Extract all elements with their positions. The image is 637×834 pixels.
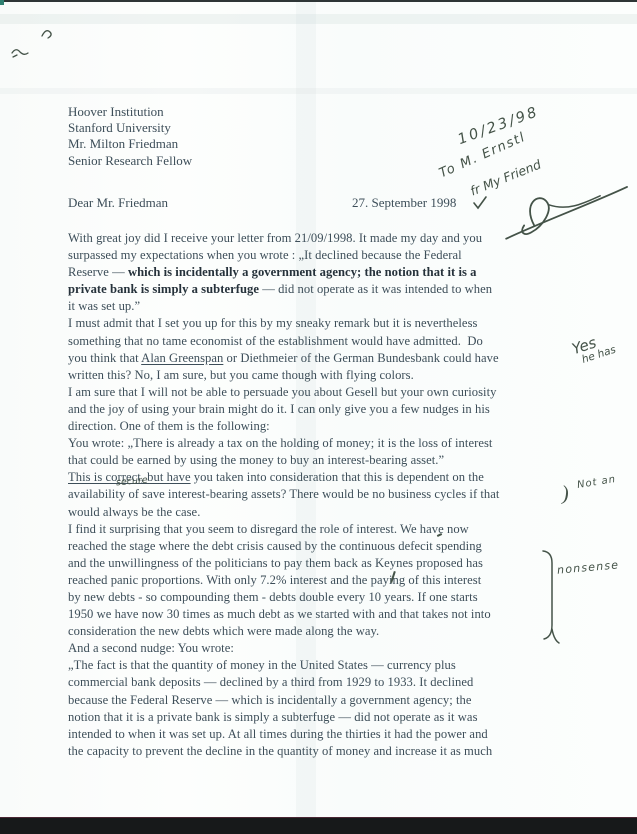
signature-scribble (494, 171, 636, 249)
handwriting-layer: 10/23/98 To M. Ernstl fr My Friend Yes h… (0, 0, 637, 834)
corner-pen-mark (40, 26, 56, 42)
pen-slash-mark (390, 571, 396, 583)
pen-paren-mark: ) (560, 481, 570, 507)
margin-bracket (541, 549, 563, 647)
margin-note-not: Not an (576, 474, 616, 491)
pen-accent-mark (437, 533, 442, 537)
corner-pen-mark (11, 45, 31, 61)
margin-note-nonsense: nonsense (557, 558, 620, 576)
forwarding-note: 10/23/98 To M. Ernstl fr My Friend (428, 96, 637, 246)
margin-note-yes: Yes he has (570, 328, 618, 367)
inserted-correction-word: secure (116, 475, 149, 489)
scanned-letter-page: Hoover Institution Stanford University M… (0, 0, 637, 834)
check-mark-icon (472, 194, 488, 210)
